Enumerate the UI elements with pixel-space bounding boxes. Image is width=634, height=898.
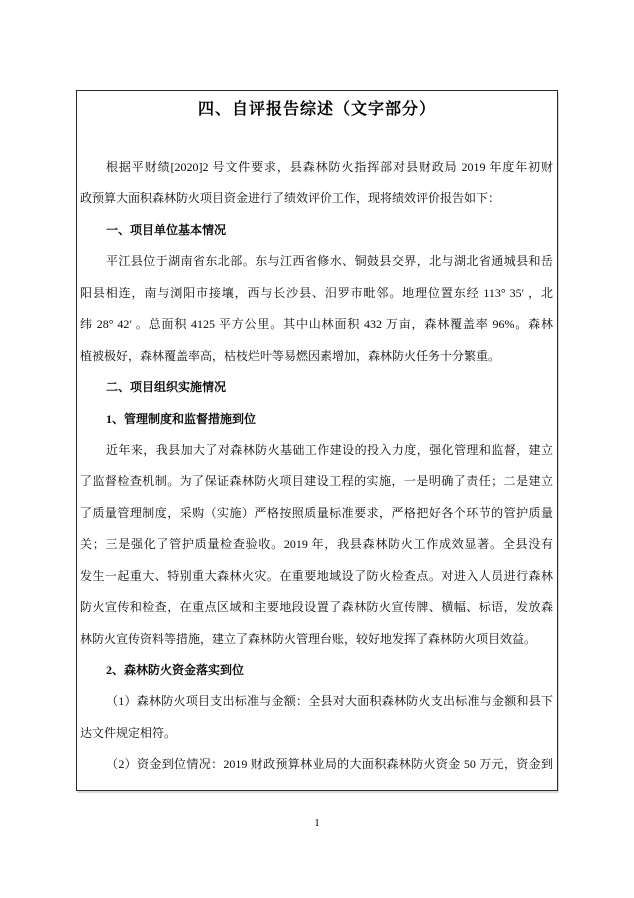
- section-heading: 二、项目组织实施情况: [80, 372, 553, 403]
- paragraph-line: 阳县相连，南与浏阳市接壤，西与长沙县、汨罗市毗邻。地理位置东经 113° 35′…: [80, 278, 553, 309]
- paragraph-line: 防火宣传和检查，在重点区域和主要地段设置了森林防火宣传牌、横幅、标语，发放森: [80, 592, 553, 623]
- paragraph-line: 关；三是强化了管护质量检查验收。2019 年，我县森林防火工作成效显著。全县没有: [80, 529, 553, 560]
- document-frame: 四、自评报告综述（文字部分） 根据平财绩[2020]2 号文件要求，县森林防火指…: [76, 90, 558, 791]
- page-canvas: 四、自评报告综述（文字部分） 根据平财绩[2020]2 号文件要求，县森林防火指…: [0, 0, 634, 898]
- paragraph-line: （1）森林防火项目支出标准与金额：全县对大面积森林防火支出标准与金额和县下: [80, 686, 553, 717]
- paragraph-line: 政预算大面积森林防火项目资金进行了绩效评价工作，现将绩效评价报告如下：: [80, 183, 553, 214]
- paragraph-line: 达文件规定相符。: [80, 718, 553, 749]
- paragraph-line: 植被极好，森林覆盖率高，枯枝烂叶等易燃因素增加，森林防火任务十分繁重。: [80, 341, 553, 372]
- paragraph-line: 了质量管理制度，采购（实施）严格按照质量标准要求，严格把好各个环节的管护质量: [80, 498, 553, 529]
- page-number-footer: 1: [0, 815, 634, 831]
- section-heading: 2、森林防火资金落实到位: [80, 655, 553, 686]
- paragraph-line: 林防火宣传资料等措施，建立了森林防火管理台账，较好地发挥了森林防火项目效益。: [80, 624, 553, 655]
- paragraph-line: 纬 28° 42′ 。总面积 4125 平方公里。其中山林面积 432 万亩，森…: [80, 309, 553, 340]
- paragraph-line: （2）资金到位情况：2019 财政预算林业局的大面积森林防火资金 50 万元，资…: [80, 749, 553, 780]
- paragraph-line: 平江县位于湖南省东北部。东与江西省修水、铜鼓县交界，北与湖北省通城县和岳: [80, 246, 553, 277]
- document-body: 根据平财绩[2020]2 号文件要求，县森林防火指挥部对县财政局 2019 年度…: [80, 152, 553, 781]
- paragraph-line: 发生一起重大、特别重大森林火灾。在重要地域设了防火检查点。对进入人员进行森林: [80, 561, 553, 592]
- section-heading: 1、管理制度和监督措施到位: [80, 404, 553, 435]
- document-title: 四、自评报告综述（文字部分）: [77, 98, 557, 122]
- paragraph-line: 了监督检查机制。为了保证森林防火项目建设工程的实施，一是明确了责任；二是建立: [80, 466, 553, 497]
- section-heading: 一、项目单位基本情况: [80, 215, 553, 246]
- paragraph-line: 近年来，我县加大了对森林防火基础工作建设的投入力度，强化管理和监督，建立: [80, 435, 553, 466]
- paragraph-line: 根据平财绩[2020]2 号文件要求，县森林防火指挥部对县财政局 2019 年度…: [80, 152, 553, 183]
